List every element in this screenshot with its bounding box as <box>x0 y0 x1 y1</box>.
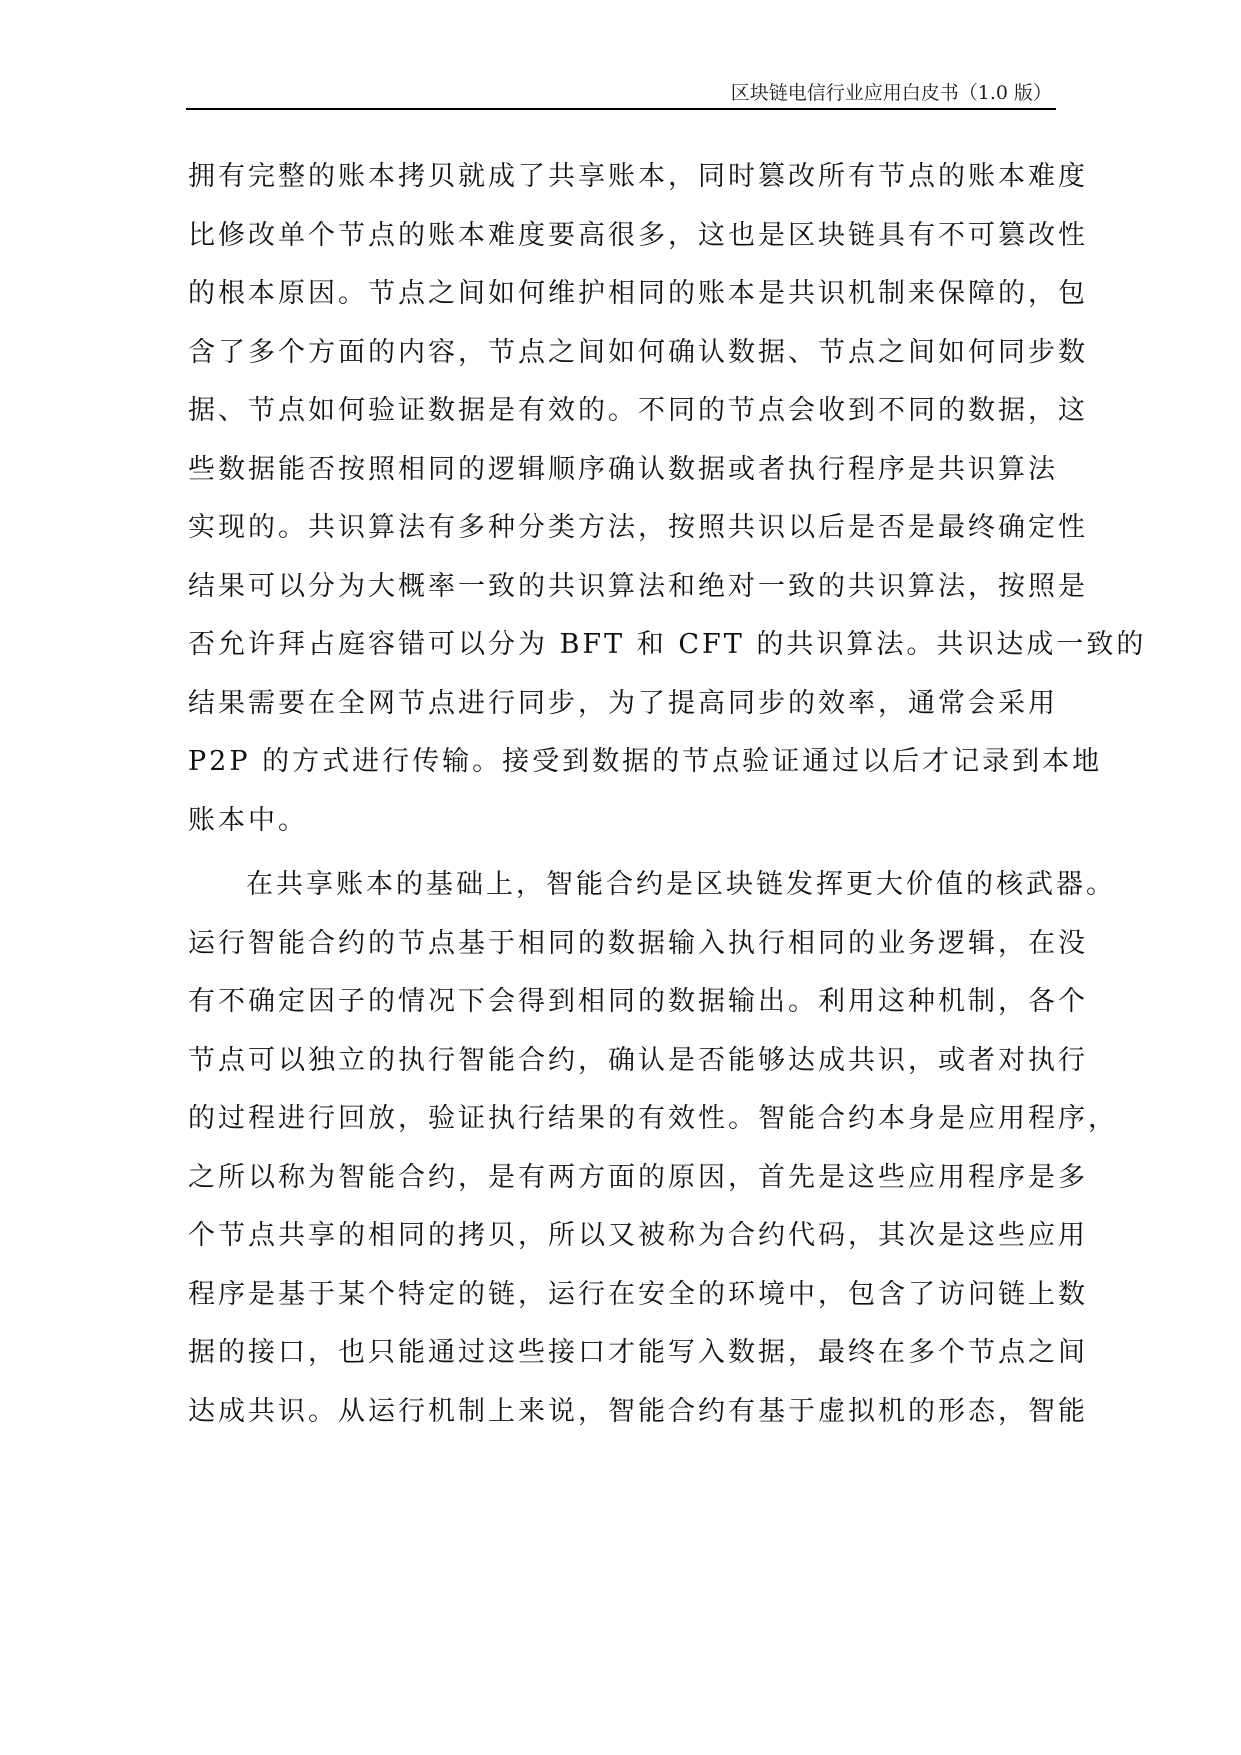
text-line: P2P 的方式进行传输。接受到数据的节点验证通过以后才记录到本地 <box>188 733 1058 792</box>
text-line: 账本中。 <box>188 792 1058 851</box>
paragraph-consensus: 拥有完整的账本拷贝就成了共享账本，同时篡改所有节点的账本难度 比修改单个节点的账… <box>188 148 1058 850</box>
text-line: 实现的。共识算法有多种分类方法，按照共识以后是否是最终确定性 <box>188 499 1058 558</box>
text-line: 有不确定因子的情况下会得到相同的数据输出。利用这种机制，各个 <box>188 973 1058 1032</box>
text-line: 达成共识。从运行机制上来说，智能合约有基于虚拟机的形态，智能 <box>188 1383 1058 1442</box>
text-line: 的过程进行回放，验证执行结果的有效性。智能合约本身是应用程序， <box>188 1090 1058 1149</box>
text-line: 拥有完整的账本拷贝就成了共享账本，同时篡改所有节点的账本难度 <box>188 148 1058 207</box>
text-line: 的根本原因。节点之间如何维护相同的账本是共识机制来保障的，包 <box>188 265 1058 324</box>
text-line: 些数据能否按照相同的逻辑顺序确认数据或者执行程序是共识算法 <box>188 441 1058 500</box>
text-line: 节点可以独立的执行智能合约，确认是否能够达成共识，或者对执行 <box>188 1032 1058 1091</box>
header-title: 区块链电信行业应用白皮书（1.0 版） <box>731 82 1052 104</box>
text-line: 否允许拜占庭容错可以分为 BFT 和 CFT 的共识算法。共识达成一致的 <box>188 616 1058 675</box>
text-line: 结果可以分为大概率一致的共识算法和绝对一致的共识算法，按照是 <box>188 558 1058 617</box>
text-line: 程序是基于某个特定的链，运行在安全的环境中，包含了访问链上数 <box>188 1266 1058 1325</box>
text-line: 运行智能合约的节点基于相同的数据输入执行相同的业务逻辑，在没 <box>188 915 1058 974</box>
text-line: 据的接口，也只能通过这些接口才能写入数据，最终在多个节点之间 <box>188 1324 1058 1383</box>
paragraph-smart-contracts: 在共享账本的基础上，智能合约是区块链发挥更大价值的核武器。 运行智能合约的节点基… <box>188 856 1058 1441</box>
text-line: 结果需要在全网节点进行同步，为了提高同步的效率，通常会采用 <box>188 675 1058 734</box>
text-line-indented: 在共享账本的基础上，智能合约是区块链发挥更大价值的核武器。 <box>188 856 1058 915</box>
text-line: 比修改单个节点的账本难度要高很多，这也是区块链具有不可篡改性 <box>188 207 1058 266</box>
text-line: 据、节点如何验证数据是有效的。不同的节点会收到不同的数据，这 <box>188 382 1058 441</box>
text-line: 含了多个方面的内容，节点之间如何确认数据、节点之间如何同步数 <box>188 324 1058 383</box>
text-line: 之所以称为智能合约，是有两方面的原因，首先是这些应用程序是多 <box>188 1149 1058 1208</box>
running-header: 区块链电信行业应用白皮书（1.0 版） <box>186 82 1056 110</box>
text-line: 个节点共享的相同的拷贝，所以又被称为合约代码，其次是这些应用 <box>188 1207 1058 1266</box>
